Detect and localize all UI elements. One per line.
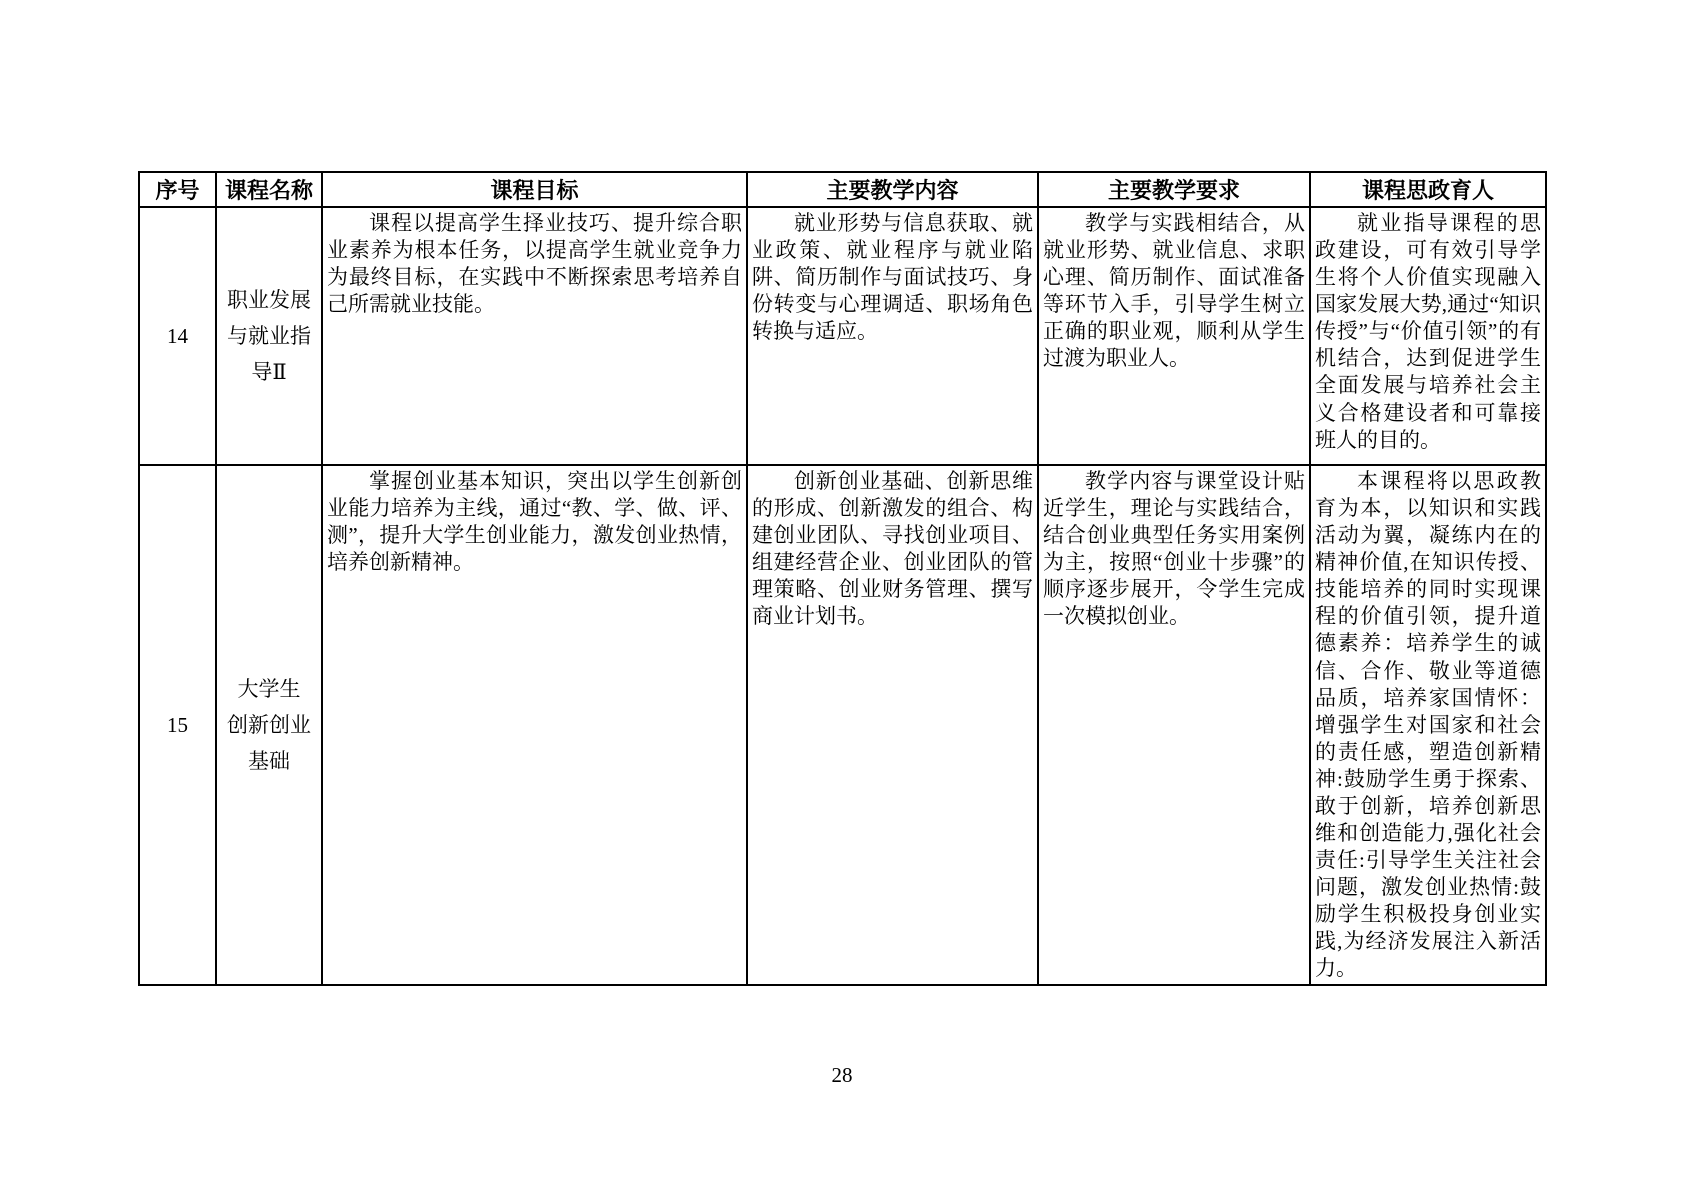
teaching-content-cell: 创新创业基础、创新思维的形成、创新激发的组合、构建创业团队、寻找创业项目、组建经…: [747, 465, 1038, 985]
course-objective-cell: 课程以提高学生择业技巧、提升综合职业素养为根本任务，以提高学生就业竞争力为最终目…: [322, 207, 747, 465]
teaching-requirement-text: 教学内容与课堂设计贴近学生，理论与实践结合，结合创业典型任务实用案例为主，按照“…: [1043, 468, 1305, 630]
course-objective-text: 掌握创业基本知识，突出以学生创新创业能力培养为主线，通过“教、学、做、评、测”，…: [327, 468, 742, 576]
header-cell-no: 序号: [139, 172, 216, 207]
ideology-cell: 就业指导课程的思政建设，可有效引导学生将个人价值实现融入国家发展大势,通过“知识…: [1310, 207, 1546, 465]
course-name: 大学生 创新创业 基础: [216, 465, 322, 985]
ideology-cell: 本课程将以思政教育为本，以知识和实践活动为翼，凝练内在的精神价值,在知识传授、技…: [1310, 465, 1546, 985]
table-row: 15 大学生 创新创业 基础 掌握创业基本知识，突出以学生创新创业能力培养为主线…: [139, 465, 1546, 985]
header-cell-ideology: 课程思政育人: [1310, 172, 1546, 207]
teaching-content-cell: 就业形势与信息获取、就业政策、就业程序与就业陷阱、简历制作与面试技巧、身份转变与…: [747, 207, 1038, 465]
header-cell-content: 主要教学内容: [747, 172, 1038, 207]
teaching-requirement-cell: 教学与实践相结合，从就业形势、就业信息、求职心理、简历制作、面试准备等环节入手，…: [1038, 207, 1310, 465]
header-cell-objective: 课程目标: [322, 172, 747, 207]
course-table: 序号 课程名称 课程目标 主要教学内容 主要教学要求 课程思政育人 14 职业发…: [138, 171, 1547, 986]
page-number: 28: [0, 1063, 1684, 1088]
teaching-content-text: 创新创业基础、创新思维的形成、创新激发的组合、构建创业团队、寻找创业项目、组建经…: [752, 468, 1033, 630]
header-cell-requirement: 主要教学要求: [1038, 172, 1310, 207]
header-cell-name: 课程名称: [216, 172, 322, 207]
course-number: 14: [139, 207, 216, 465]
document-page: 序号 课程名称 课程目标 主要教学内容 主要教学要求 课程思政育人 14 职业发…: [0, 0, 1684, 1191]
course-number: 15: [139, 465, 216, 985]
course-name: 职业发展 与就业指 导Ⅱ: [216, 207, 322, 465]
teaching-requirement-cell: 教学内容与课堂设计贴近学生，理论与实践结合，结合创业典型任务实用案例为主，按照“…: [1038, 465, 1310, 985]
table-header-row: 序号 课程名称 课程目标 主要教学内容 主要教学要求 课程思政育人: [139, 172, 1546, 207]
course-name-text: 大学生 创新创业 基础: [227, 671, 311, 779]
course-objective-cell: 掌握创业基本知识，突出以学生创新创业能力培养为主线，通过“教、学、做、评、测”，…: [322, 465, 747, 985]
course-objective-text: 课程以提高学生择业技巧、提升综合职业素养为根本任务，以提高学生就业竞争力为最终目…: [327, 210, 742, 318]
ideology-text: 就业指导课程的思政建设，可有效引导学生将个人价值实现融入国家发展大势,通过“知识…: [1315, 210, 1541, 454]
table-row: 14 职业发展 与就业指 导Ⅱ 课程以提高学生择业技巧、提升综合职业素养为根本任…: [139, 207, 1546, 465]
course-name-text: 职业发展 与就业指 导Ⅱ: [227, 282, 311, 390]
ideology-text: 本课程将以思政教育为本，以知识和实践活动为翼，凝练内在的精神价值,在知识传授、技…: [1315, 468, 1541, 982]
teaching-requirement-text: 教学与实践相结合，从就业形势、就业信息、求职心理、简历制作、面试准备等环节入手，…: [1043, 210, 1305, 372]
teaching-content-text: 就业形势与信息获取、就业政策、就业程序与就业陷阱、简历制作与面试技巧、身份转变与…: [752, 210, 1033, 345]
